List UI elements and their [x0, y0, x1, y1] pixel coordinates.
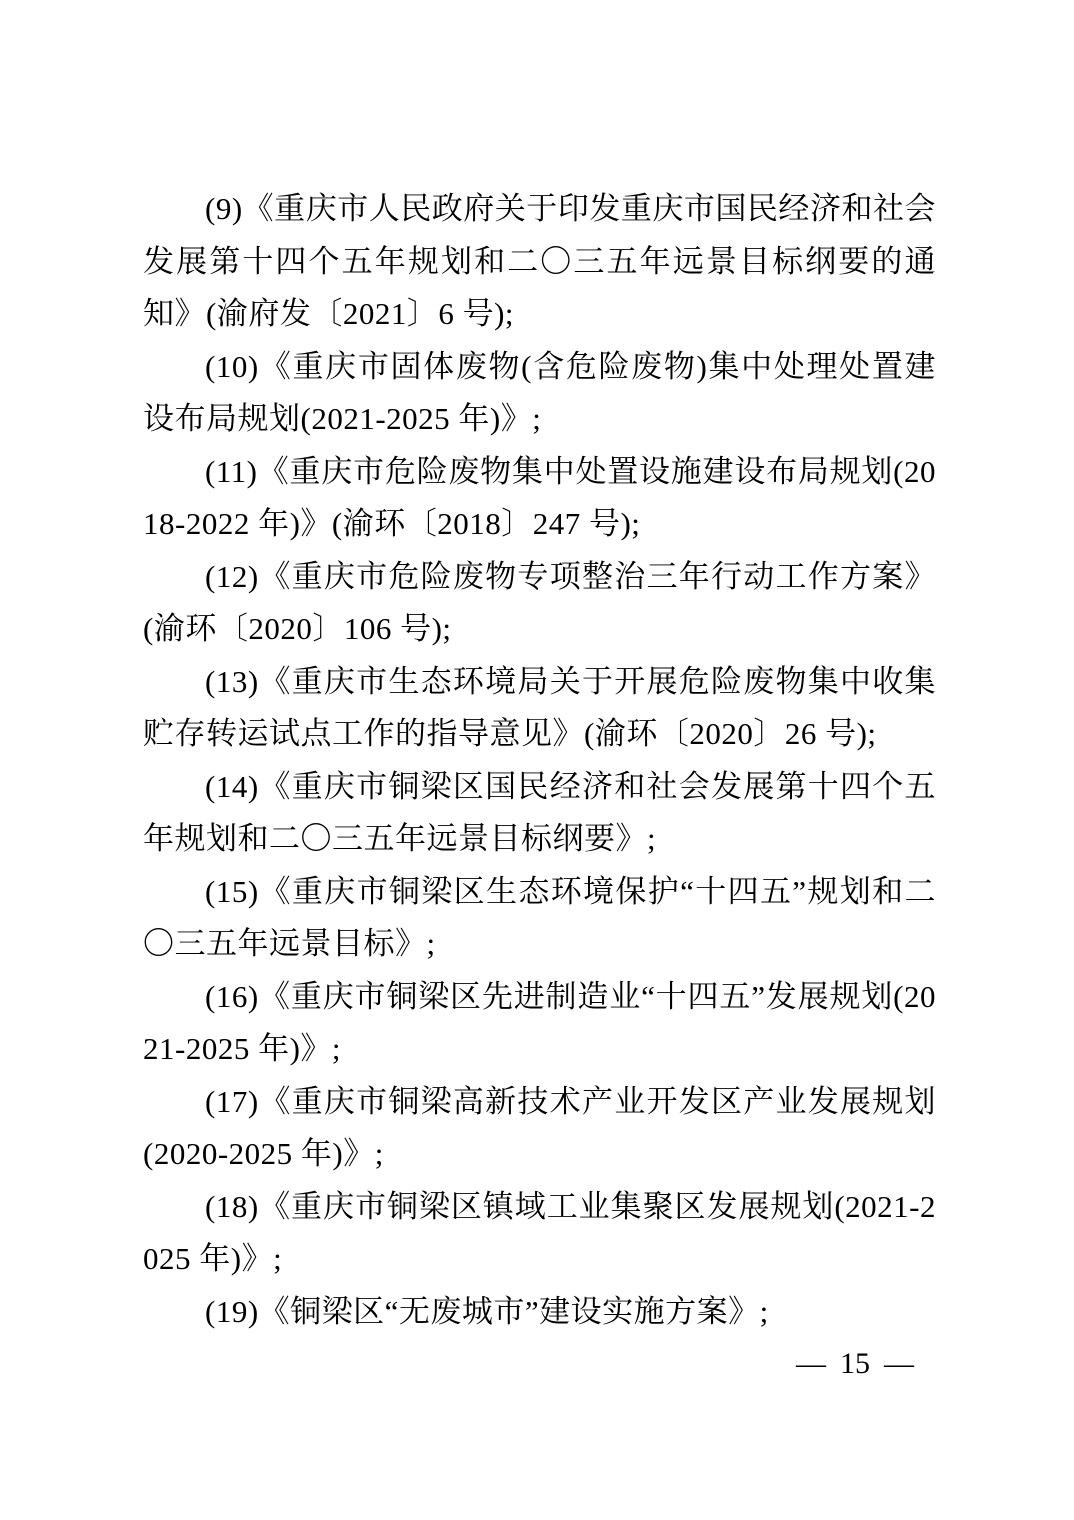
- reference-item: (9)《重庆市人民政府关于印发重庆市国民经济和社会发展第十四个五年规划和二〇三五…: [143, 183, 936, 341]
- reference-item: (17)《重庆市铜梁高新技术产业开发区产业发展规划(2020-2025 年)》;: [143, 1076, 936, 1181]
- document-page: (9)《重庆市人民政府关于印发重庆市国民经济和社会发展第十四个五年规划和二〇三五…: [0, 0, 1074, 1520]
- reference-item: (14)《重庆市铜梁区国民经济和社会发展第十四个五年规划和二〇三五年远景目标纲要…: [143, 761, 936, 866]
- page-footer: —15—: [780, 1344, 930, 1384]
- page-number: 15: [840, 1347, 870, 1380]
- footer-right-dash: —: [884, 1344, 914, 1384]
- footer-left-dash: —: [796, 1344, 826, 1384]
- reference-item: (10)《重庆市固体废物(含危险废物)集中处理处置建设布局规划(2021-202…: [143, 341, 936, 446]
- reference-item: (11)《重庆市危险废物集中处置设施建设布局规划(2018-2022 年)》(渝…: [143, 446, 936, 551]
- reference-item: (12)《重庆市危险废物专项整治三年行动工作方案》(渝环〔2020〕106 号)…: [143, 551, 936, 656]
- reference-item: (15)《重庆市铜梁区生态环境保护“十四五”规划和二〇三五年远景目标》;: [143, 866, 936, 971]
- reference-item: (19)《铜梁区“无废城市”建设实施方案》;: [143, 1286, 936, 1339]
- reference-item: (16)《重庆市铜梁区先进制造业“十四五”发展规划(2021-2025 年)》;: [143, 971, 936, 1076]
- reference-list: (9)《重庆市人民政府关于印发重庆市国民经济和社会发展第十四个五年规划和二〇三五…: [143, 183, 936, 1338]
- reference-item: (13)《重庆市生态环境局关于开展危险废物集中收集贮存转运试点工作的指导意见》(…: [143, 656, 936, 761]
- reference-item: (18)《重庆市铜梁区镇域工业集聚区发展规划(2021-2025 年)》;: [143, 1181, 936, 1286]
